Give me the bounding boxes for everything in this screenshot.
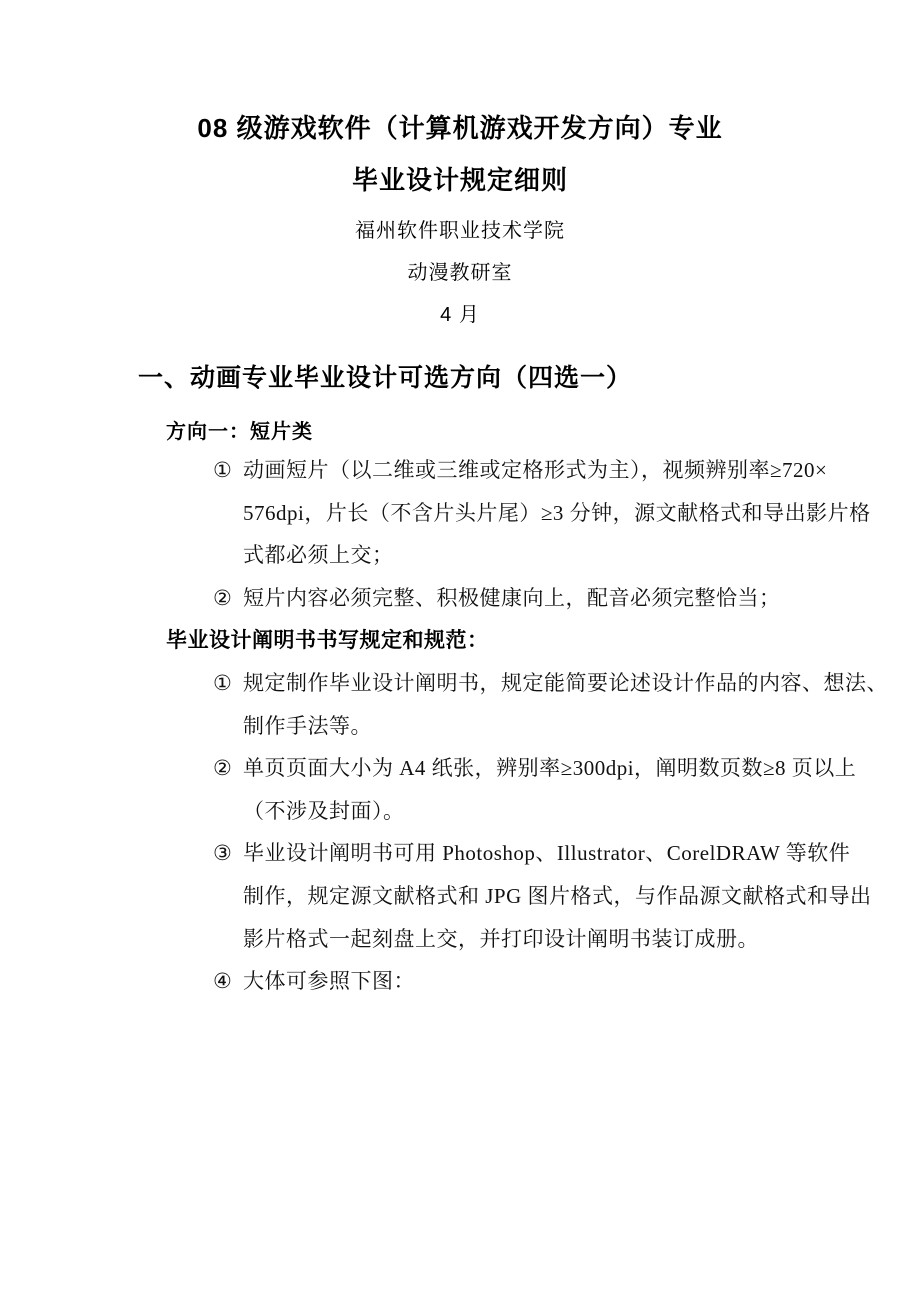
section-heading: 一、动画专业毕业设计可选方向（四选一） bbox=[138, 366, 632, 391]
spec-subheading: 毕业设计阐明书书写规定和规范： bbox=[166, 630, 489, 651]
list2-item3-marker: ③ bbox=[213, 843, 232, 864]
list2-item2-line1: 单页页面大小为 A4 纸张，辨别率≥300dpi，阐明数页数≥8 页以上 bbox=[243, 758, 856, 779]
list2-item3-line3: 影片格式一起刻盘上交，并打印设计阐明书装订成册。 bbox=[243, 929, 759, 950]
list2-item3-line2: 制作，规定源文献格式和 JPG 图片格式，与作品源文献格式和导出 bbox=[243, 886, 872, 907]
list2-item2-line2: （不涉及封面）。 bbox=[243, 801, 405, 822]
list2-item3-line1: 毕业设计阐明书可用 Photoshop、Illustrator、CorelDRA… bbox=[243, 843, 850, 864]
list1-item1-line1: 动画短片（以二维或三维或定格形式为主），视频辨别率≥720× bbox=[243, 460, 827, 481]
list1-item1-line2: 576dpi，片长（不含片头片尾）≥3 分钟，源文献格式和导出影片格 bbox=[243, 503, 871, 524]
list2-item4-marker: ④ bbox=[213, 971, 232, 992]
list1-item1-marker: ① bbox=[213, 460, 232, 481]
list1-item1-line3: 式都必须上交； bbox=[243, 545, 394, 566]
list2-item1-line1: 规定制作毕业设计阐明书，规定能简要论述设计作品的内容、想法、 bbox=[243, 673, 888, 694]
doc-subtitle-institution: 福州软件职业技术学院 bbox=[0, 221, 920, 241]
list2-item1-line2: 制作手法等。 bbox=[243, 716, 372, 737]
direction-subheading: 方向一：短片类 bbox=[166, 422, 313, 442]
document-page: 08 级游戏软件（计算机游戏开发方向）专业 毕业设计规定细则 福州软件职业技术学… bbox=[0, 0, 920, 1302]
list2-item4-line1: 大体可参照下图： bbox=[243, 971, 415, 992]
doc-subtitle-date: 4 月 bbox=[0, 305, 920, 325]
doc-title-line-2: 毕业设计规定细则 bbox=[0, 167, 920, 193]
list2-item1-marker: ① bbox=[213, 673, 232, 694]
list2-item2-marker: ② bbox=[213, 758, 232, 779]
list1-item2-marker: ② bbox=[213, 588, 232, 609]
list1-item2-line1: 短片内容必须完整、积极健康向上，配音必须完整恰当； bbox=[243, 588, 781, 609]
doc-title-line-1: 08 级游戏软件（计算机游戏开发方向）专业 bbox=[0, 115, 920, 141]
doc-subtitle-department: 动漫教研室 bbox=[0, 263, 920, 283]
